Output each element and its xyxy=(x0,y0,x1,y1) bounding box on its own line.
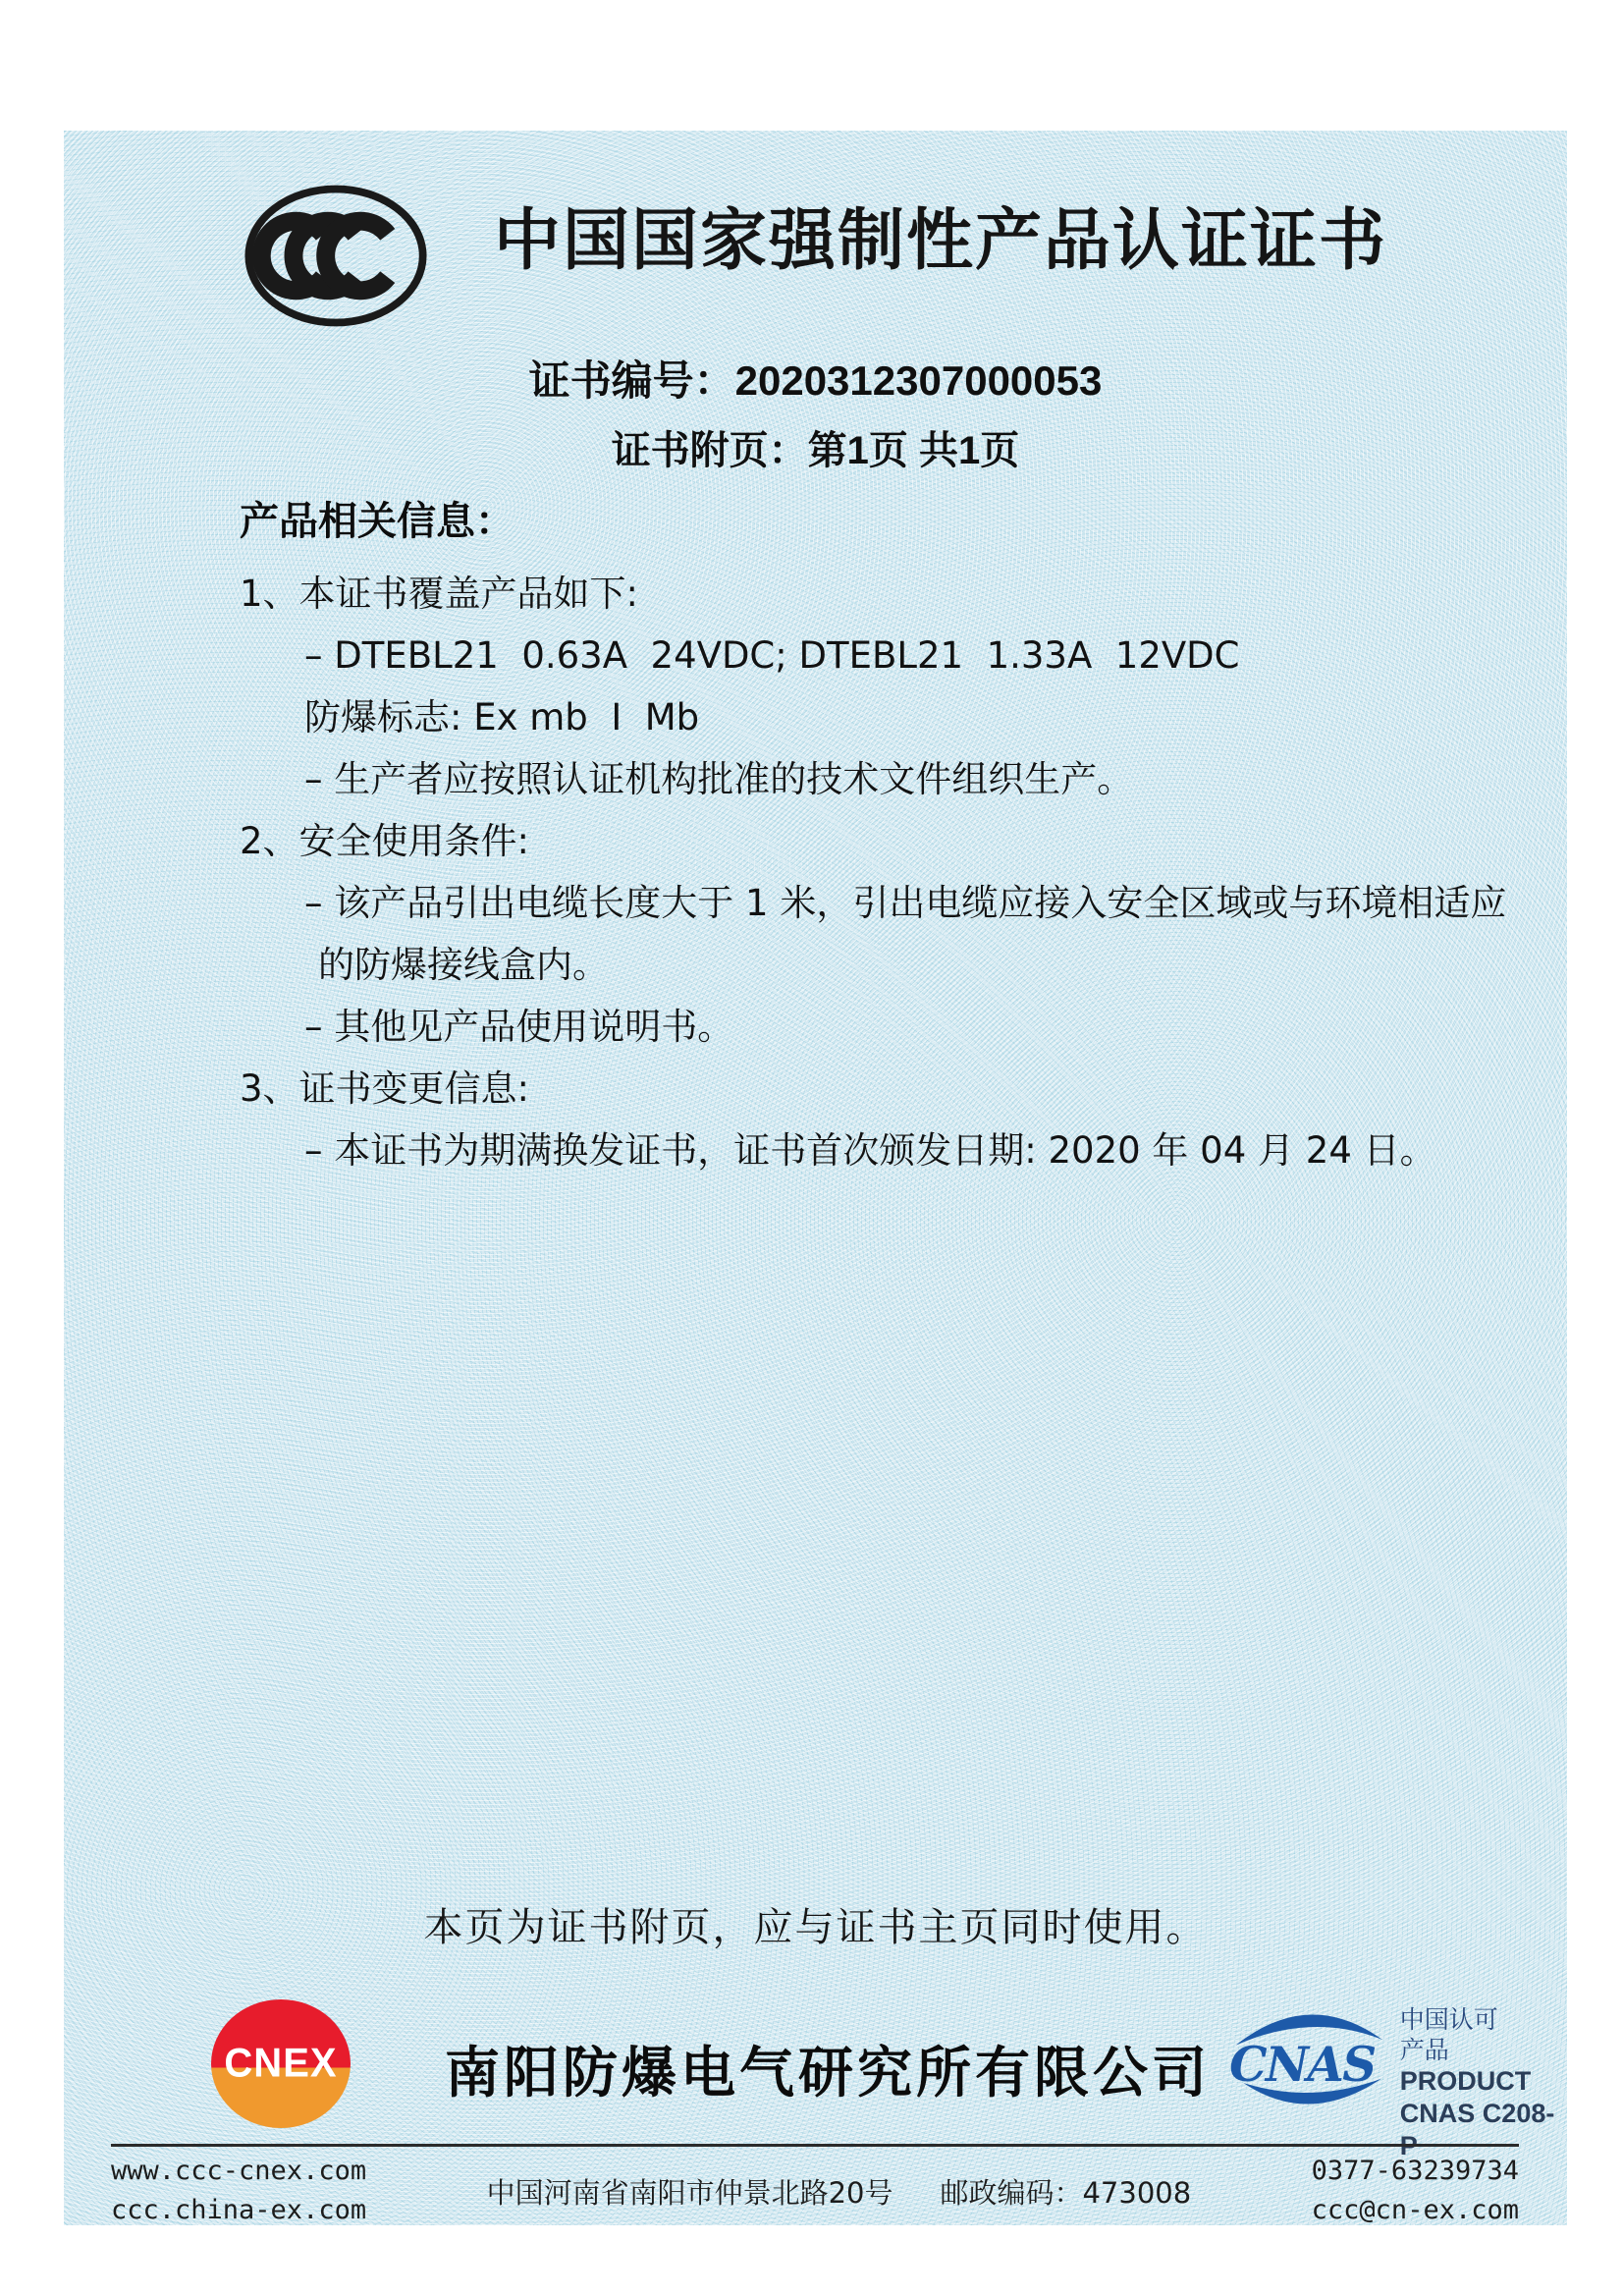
footer-phone: 0377-63239734 xyxy=(1312,2152,1519,2191)
page-info-line: 证书附页：第1页 共1页 xyxy=(64,419,1567,475)
footer-address: 中国河南省南阳市仲景北路20号 xyxy=(487,2171,893,2212)
ccc-logo-icon xyxy=(239,180,433,332)
cnas-caption-line: PRODUCT xyxy=(1400,2065,1567,2098)
footer-url: www.ccc-cnex.com xyxy=(111,2152,366,2191)
footer-url: ccc.china-ex.com xyxy=(111,2191,366,2230)
info-line: 2、安全使用条件: xyxy=(64,810,1567,872)
section-title: 产品相关信息： xyxy=(240,490,514,546)
info-line: – DTEBL21 0.63A 24VDC; DTEBL21 1.33A 12V… xyxy=(64,625,1567,686)
footer-address-block: 中国河南省南阳市仲景北路20号 邮政编码：473008 xyxy=(487,2171,1192,2212)
certificate-number-line: 证书编号：2020312307000053 xyxy=(64,349,1567,408)
footer-websites: www.ccc-cnex.com ccc.china-ex.com xyxy=(111,2152,366,2230)
certificate-title: 中国国家强制性产品认证证书 xyxy=(494,188,1387,283)
info-line: 1、本证书覆盖产品如下: xyxy=(64,563,1567,625)
cnex-logo-icon: CNEX xyxy=(211,1999,351,2128)
footer-contact-block: 0377-63239734 ccc@cn-ex.com xyxy=(1312,2152,1519,2230)
footer-email: ccc@cn-ex.com xyxy=(1312,2191,1519,2230)
info-line: 的防爆接线盒内。 xyxy=(64,934,1567,996)
info-line: 防爆标志: Ex mb I Mb xyxy=(64,686,1567,748)
footer-postcode: 邮政编码：473008 xyxy=(940,2171,1191,2212)
cnas-logo-icon: CNAS xyxy=(1228,1996,1390,2114)
info-line: – 其他见产品使用说明书。 xyxy=(64,996,1567,1058)
info-line: – 该产品引出电缆长度大于 1 米，引出电缆应接入安全区域或与环境相适应 xyxy=(64,872,1567,934)
product-info-list: 1、本证书覆盖产品如下: – DTEBL21 0.63A 24VDC; DTEB… xyxy=(64,563,1567,1181)
footer: www.ccc-cnex.com ccc.china-ex.com 中国河南省南… xyxy=(111,2152,1519,2230)
certificate-sheet: 中国国家强制性产品认证证书 证书编号：2020312307000053 证书附页… xyxy=(0,0,1623,2296)
cnex-logo-label: CNEX xyxy=(224,2041,337,2087)
cnas-caption-line: 产品 xyxy=(1400,2035,1567,2065)
info-line: – 生产者应按照认证机构批准的技术文件组织生产。 xyxy=(64,748,1567,810)
cnas-logo: CNAS 中国认可 产品 PRODUCT CNAS C208-P xyxy=(1228,1996,1567,2162)
attachment-note: 本页为证书附页，应与证书主页同时使用。 xyxy=(64,1896,1567,1952)
certificate-page: 中国国家强制性产品认证证书 证书编号：2020312307000053 证书附页… xyxy=(64,131,1567,2225)
cnas-caption-line: 中国认可 xyxy=(1400,2004,1567,2035)
cnas-logo-label: CNAS xyxy=(1229,2038,1375,2093)
cnas-caption: 中国认可 产品 PRODUCT CNAS C208-P xyxy=(1400,1996,1567,2162)
info-line: – 本证书为期满换发证书，证书首次颁发日期: 2020 年 04 月 24 日。 xyxy=(64,1120,1567,1181)
info-line: 3、证书变更信息: xyxy=(64,1058,1567,1120)
footer-divider xyxy=(111,2144,1519,2147)
issuer-company-name: 南阳防爆电气研究所有限公司 xyxy=(445,2030,1211,2108)
